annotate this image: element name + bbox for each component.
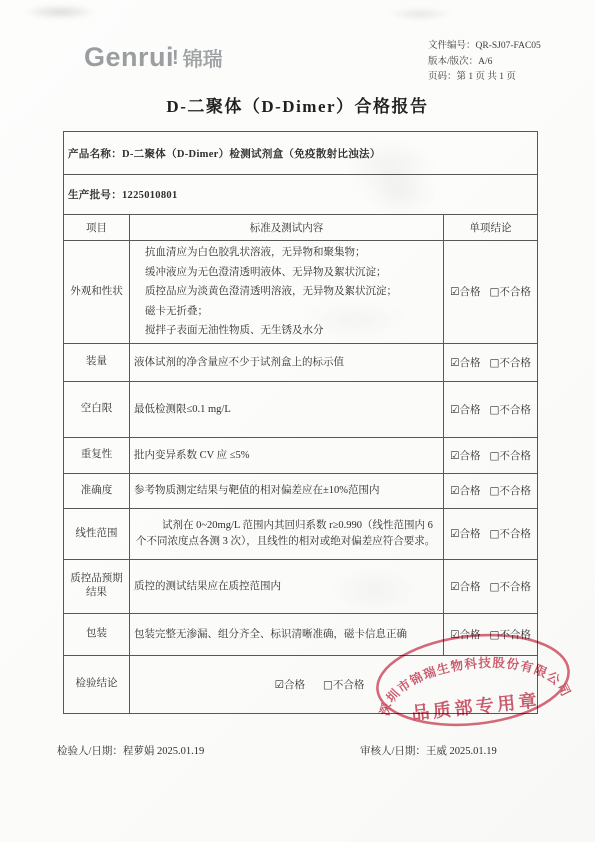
fail-checkbox: □不合格	[490, 528, 531, 540]
item-label: 包装	[64, 613, 130, 655]
header-content: 标准及测试内容	[130, 215, 444, 241]
item-label: 质控品预期 结果	[64, 559, 130, 613]
fail-checkbox: □不合格	[490, 357, 531, 369]
item-label: 准确度	[64, 473, 130, 508]
reviewer-label: 审核人/日期：	[360, 746, 426, 757]
page-number-line: 页码：第 1 页 共 1 页	[428, 70, 541, 86]
item-label: 外观和性状	[64, 241, 130, 344]
table-row: 包装 包装完整无渗漏、组分齐全、标识清晰准确，磁卡信息正确 ☑合格□不合格	[64, 613, 538, 655]
pass-checkbox: ☑合格	[450, 485, 480, 497]
header-conclusion: 单项结论	[444, 215, 538, 241]
product-label: 产品名称：	[68, 149, 122, 160]
table-row: 空白限 最低检测限≤0.1 mg/L ☑合格□不合格	[64, 381, 538, 437]
fail-checkbox: □不合格	[323, 679, 364, 691]
reviewer-name-date: 王威 2025.01.19	[426, 746, 497, 757]
product-name-row: 产品名称：D-二聚体（D-Dimer）检测试剂盒（免疫散射比浊法）	[64, 132, 538, 175]
item-content: 试剂在 0~20mg/L 范围内其回归系数 r≥0.990（线性范围内 6 个不…	[130, 508, 444, 559]
table-row: 质控品预期 结果 质控的测试结果应在质控范围内 ☑合格□不合格	[64, 559, 538, 613]
pass-checkbox: ☑合格	[450, 528, 480, 540]
report-title: D-二聚体（D-Dimer）合格报告	[0, 92, 595, 117]
logo-wordmark: Genrui	[84, 42, 174, 72]
version-number: A/6	[478, 57, 492, 67]
item-content: 最低检测限≤0.1 mg/L	[130, 381, 444, 437]
table-row: 外观和性状 抗血清应为白色胶乳状溶液，无异物和聚集物； 缓冲液应为无色澄清透明液…	[64, 241, 538, 344]
item-label: 重复性	[64, 437, 130, 473]
table-row: 准确度 参考物质测定结果与靶值的相对偏差应在±10%范围内 ☑合格□不合格	[64, 473, 538, 508]
scan-smudge	[390, 8, 450, 20]
pass-checkbox: ☑合格	[450, 629, 480, 641]
item-content: 液体试剂的净含量应不少于试剂盒上的标示值	[130, 343, 444, 381]
fail-checkbox: □不合格	[490, 581, 531, 593]
logo-chinese: 锦瑞	[183, 49, 223, 71]
scan-smudge	[25, 5, 95, 19]
pass-checkbox: ☑合格	[450, 357, 480, 369]
file-number: QR-SJ07-FAC05	[476, 41, 541, 51]
pass-checkbox: ☑合格	[450, 286, 480, 298]
product-value: D-二聚体（D-Dimer）检测试剂盒（免疫散射比浊法）	[122, 149, 381, 160]
item-label: 线性范围	[64, 508, 130, 559]
logo-dot-icon: !	[172, 47, 179, 69]
fail-checkbox: □不合格	[490, 404, 531, 416]
fail-checkbox: □不合格	[490, 286, 531, 298]
pass-checkbox: ☑合格	[450, 404, 480, 416]
pass-checkbox: ☑合格	[275, 679, 305, 691]
scanned-report-page: Genrui!锦瑞 文件编号：QR-SJ07-FAC05 版本/版次：A/6 页…	[0, 0, 595, 842]
pass-checkbox: ☑合格	[450, 581, 480, 593]
item-content: 包装完整无渗漏、组分齐全、标识清晰准确，磁卡信息正确	[130, 613, 444, 655]
fail-checkbox: □不合格	[490, 485, 531, 497]
item-label: 装量	[64, 343, 130, 381]
document-info-block: 文件编号：QR-SJ07-FAC05 版本/版次：A/6 页码：第 1 页 共 …	[428, 39, 541, 86]
conclusion-row: 检验结论 ☑合格□不合格	[64, 655, 538, 713]
fail-checkbox: □不合格	[490, 450, 531, 462]
file-number-line: 文件编号：QR-SJ07-FAC05	[428, 39, 541, 55]
reviewer-signature-line: 审核人/日期：王威 2025.01.19	[360, 743, 497, 758]
item-content: 质控的测试结果应在质控范围内	[130, 559, 444, 613]
genrui-logo: Genrui!锦瑞	[84, 42, 223, 73]
item-content: 参考物质测定结果与靶值的相对偏差应在±10%范围内	[130, 473, 444, 508]
batch-label: 生产批号：	[68, 190, 122, 201]
qc-report-table: 产品名称：D-二聚体（D-Dimer）检测试剂盒（免疫散射比浊法） 生产批号：1…	[63, 131, 538, 714]
version-line: 版本/版次：A/6	[428, 55, 541, 71]
batch-number-row: 生产批号：1225010801	[64, 175, 538, 215]
table-row: 线性范围 试剂在 0~20mg/L 范围内其回归系数 r≥0.990（线性范围内…	[64, 508, 538, 559]
conclusion-label: 检验结论	[64, 655, 130, 713]
table-row: 重复性 批内变异系数 CV 应 ≤5% ☑合格□不合格	[64, 437, 538, 473]
item-content: 批内变异系数 CV 应 ≤5%	[130, 437, 444, 473]
pass-checkbox: ☑合格	[450, 450, 480, 462]
inspector-name-date: 程萝娟 2025.01.19	[123, 746, 204, 757]
inspector-signature-line: 检验人/日期：程萝娟 2025.01.19	[57, 743, 204, 758]
item-label: 空白限	[64, 381, 130, 437]
batch-value: 1225010801	[122, 190, 178, 201]
item-content: 抗血清应为白色胶乳状溶液，无异物和聚集物； 缓冲液应为无色澄清透明液体、无异物及…	[130, 241, 444, 344]
page-number: 第 1 页 共 1 页	[457, 72, 516, 82]
table-row: 装量 液体试剂的净含量应不少于试剂盒上的标示值 ☑合格□不合格	[64, 343, 538, 381]
table-header-row: 项目 标准及测试内容 单项结论	[64, 215, 538, 241]
inspector-label: 检验人/日期：	[57, 746, 123, 757]
fail-checkbox: □不合格	[490, 629, 531, 641]
header-item: 项目	[64, 215, 130, 241]
